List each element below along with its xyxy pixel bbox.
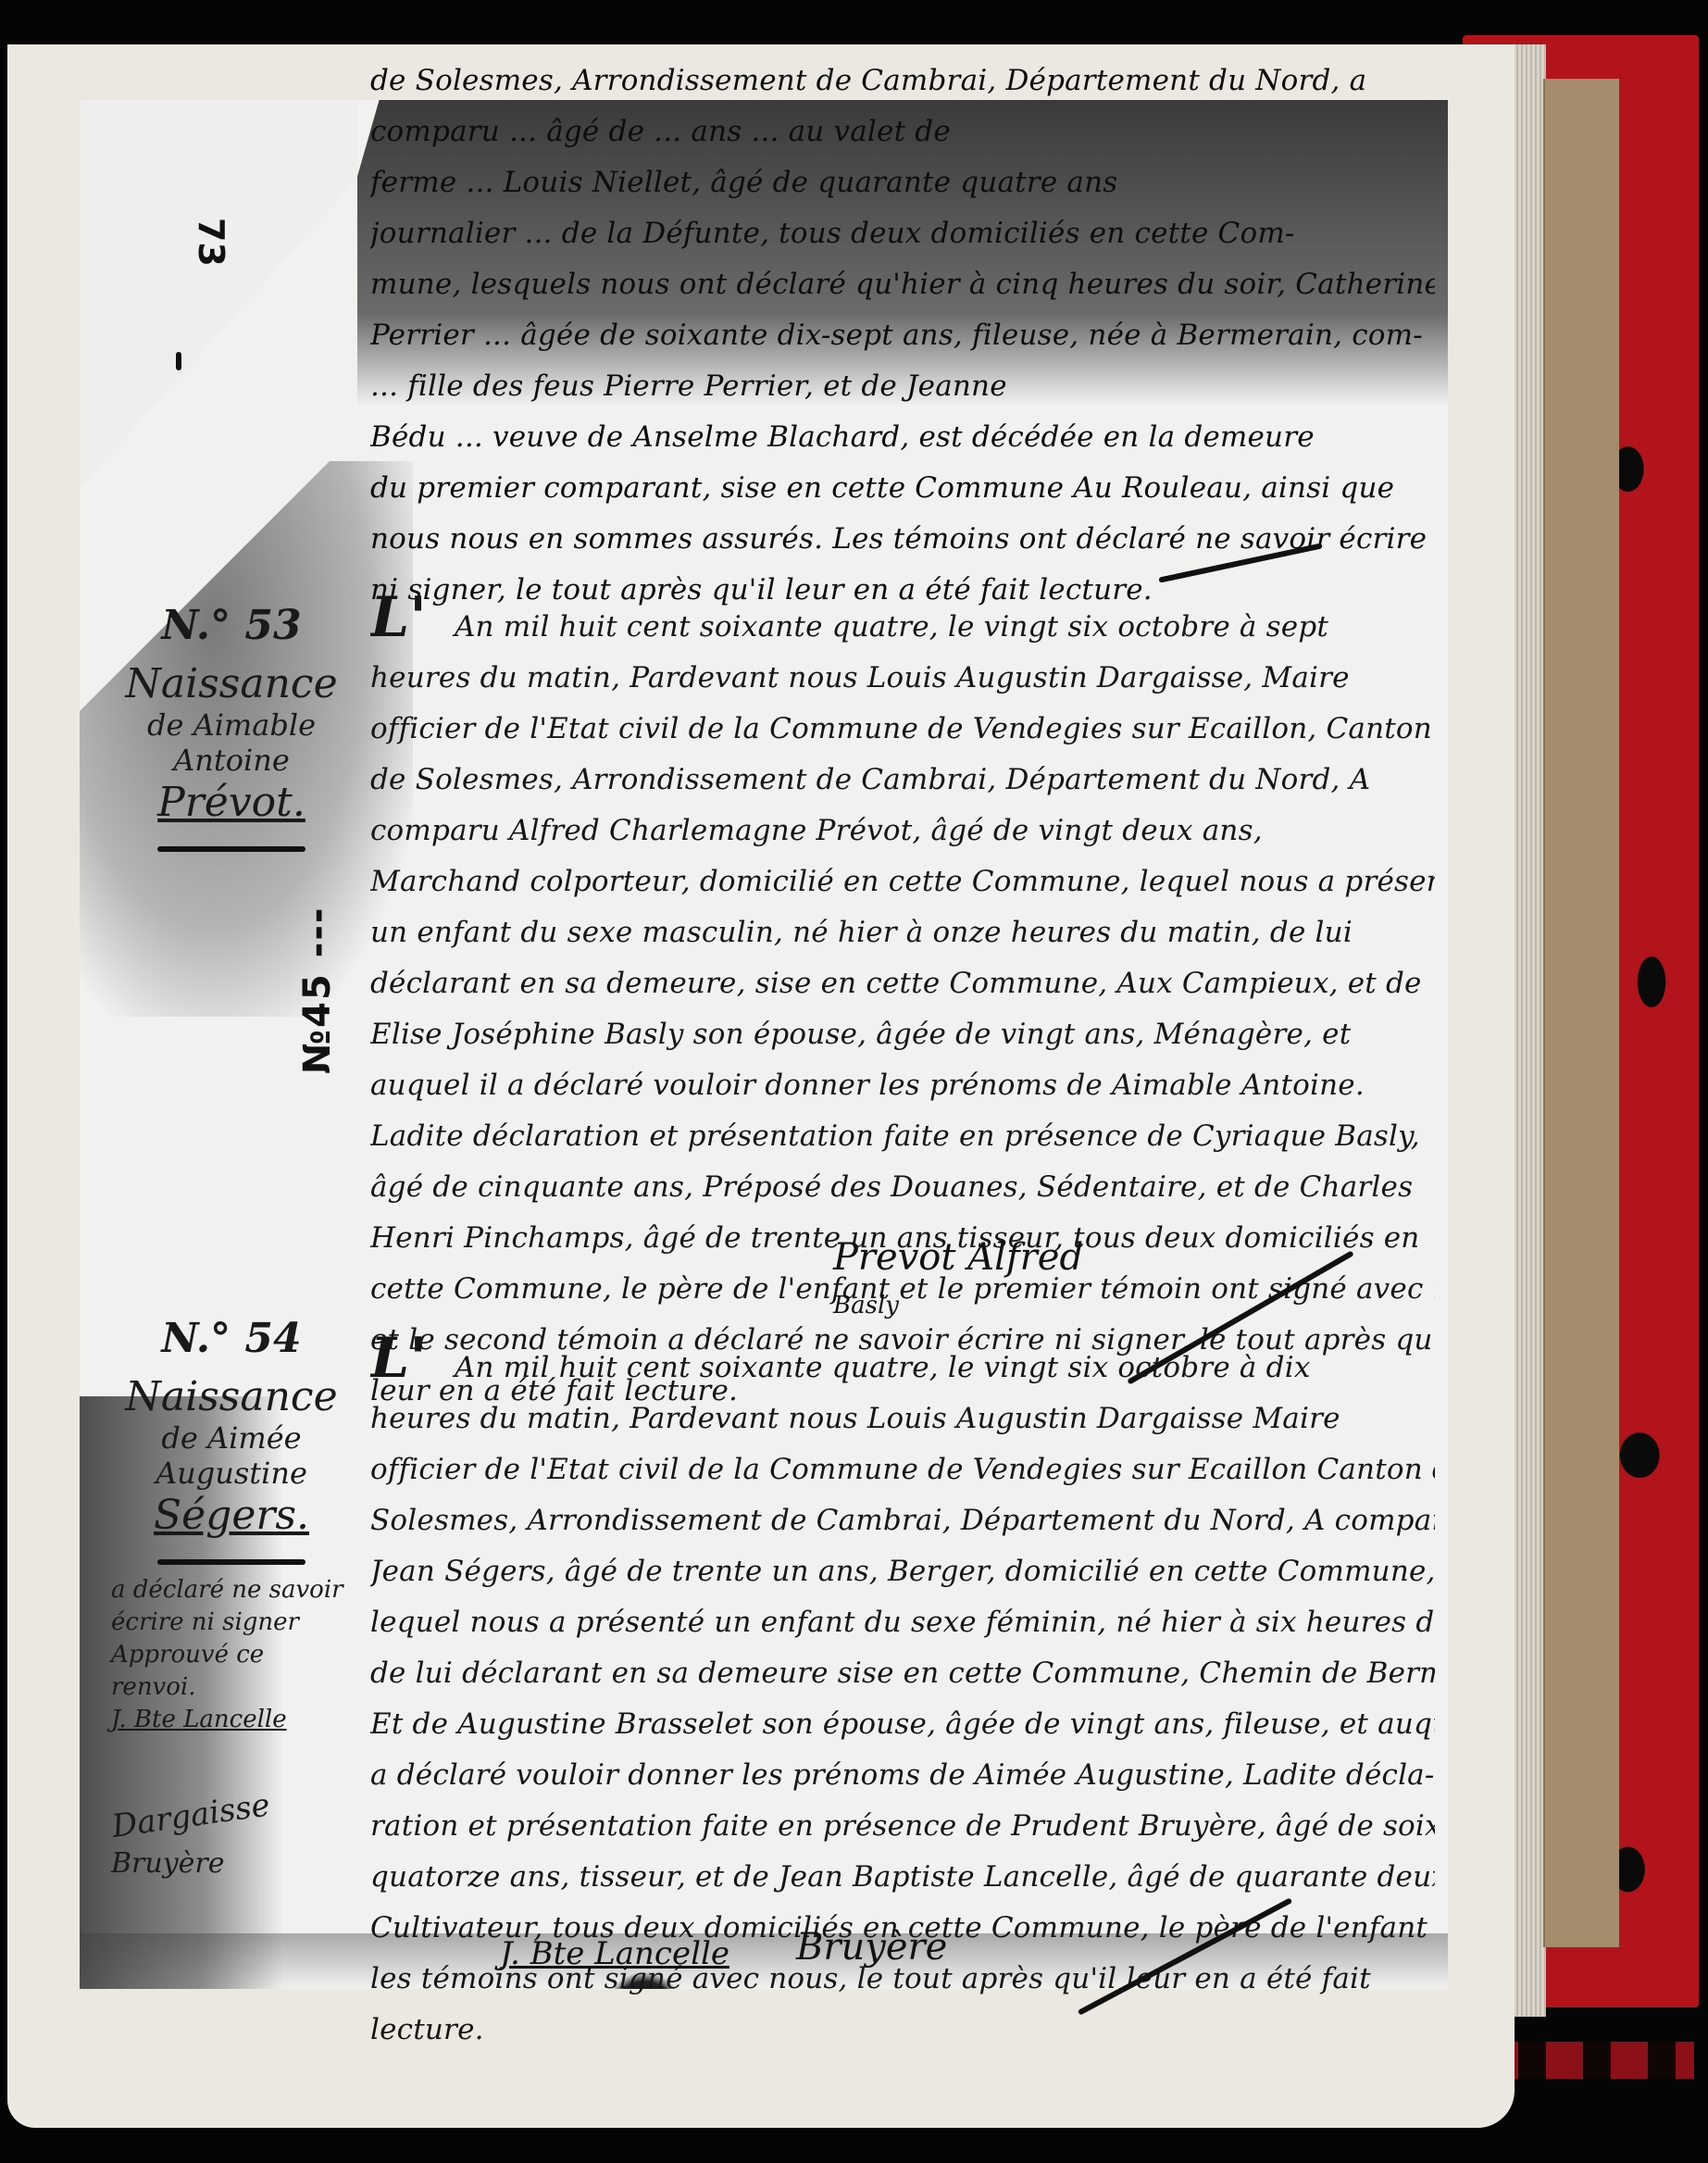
text-line: L'An mil huit cent soixante quatre, le v… — [370, 1333, 1435, 1394]
act-type: Naissance — [111, 1373, 352, 1420]
text-line: Ladite déclaration et présentation faite… — [370, 1111, 1435, 1162]
signature-lancelle: J. Bte Lancelle — [500, 1935, 729, 1972]
register-stamp: №45 --- — [296, 906, 339, 1074]
text-line: lecture. — [370, 2005, 1435, 2056]
text-line: de lui déclarant en sa demeure sise en c… — [370, 1648, 1435, 1699]
text-line: comparu ... âgé de ... ans ... au valet … — [370, 106, 1435, 157]
signature-prevot: Prevot Alfred — [833, 1236, 1083, 1279]
signature-basly: Basly — [833, 1292, 899, 1319]
folio-mark — [176, 352, 181, 370]
margin-rule — [157, 846, 305, 852]
text-line: mune, lesquels nous ont déclaré qu'hier … — [370, 259, 1435, 310]
text-line: auquel il a déclaré vouloir donner les p… — [370, 1060, 1435, 1111]
text-line: ... fille des feus Pierre Perrier, et de… — [370, 361, 1435, 412]
text-line: comparu Alfred Charlemagne Prévot, âgé d… — [370, 806, 1435, 856]
text-line: officier de l'Etat civil de la Commune d… — [370, 704, 1435, 755]
text-line: déclarant en sa demeure, sise en cette C… — [370, 958, 1435, 1009]
text-line: un enfant du sexe masculin, né hier à on… — [370, 907, 1435, 958]
kraft-board — [1543, 79, 1619, 1947]
text-line: heures du matin, Pardevant nous Louis Au… — [370, 1394, 1435, 1444]
text-line: L'An mil huit cent soixante quatre, le v… — [370, 593, 1435, 653]
text-line: Et de Augustine Brasselet son épouse, âg… — [370, 1699, 1435, 1750]
act-number: N.° 54 — [111, 1315, 352, 1362]
text-line: Marchand colporteur, domicilié en cette … — [370, 856, 1435, 907]
text-line: Jean Ségers, âgé de trente un ans, Berge… — [370, 1546, 1435, 1597]
margin-rule — [157, 1559, 305, 1565]
text-line: officier de l'Etat civil de la Commune d… — [370, 1444, 1435, 1495]
margin-act-53: N.° 53 Naissance de Aimable Antoine Prév… — [111, 602, 352, 852]
text-line: journalier ... de la Défunte, tous deux … — [370, 208, 1435, 259]
folio-number: 73 — [191, 218, 231, 267]
text-line: ration et présentation faite en présence… — [370, 1801, 1435, 1852]
margin-signature: Bruyère — [111, 1847, 352, 1880]
torn-corner — [80, 100, 357, 489]
margin-act-54: N.° 54 Naissance de Aimée Augustine Sége… — [111, 1315, 352, 1880]
margin-note-line: Approuvé ce renvoi. — [111, 1639, 352, 1704]
text-line: Solesmes, Arrondissement de Cambrai, Dép… — [370, 1495, 1435, 1546]
act-surname: Ségers. — [111, 1492, 352, 1539]
text-line: Elise Joséphine Basly son épouse, âgée d… — [370, 1009, 1435, 1060]
margin-note-line: a déclaré ne savoir — [111, 1574, 352, 1607]
act-type: Naissance — [111, 660, 352, 707]
text-line: âgé de cinquante ans, Préposé des Douane… — [370, 1162, 1435, 1213]
act-given-names: de Aimée Augustine — [111, 1420, 352, 1492]
margin-signature: Dargaisse — [109, 1775, 353, 1845]
text-line: quatorze ans, tisseur, et de Jean Baptis… — [370, 1852, 1435, 1903]
act-initial: L' — [370, 1333, 427, 1391]
text-line: Perrier ... âgée de soixante dix-sept an… — [370, 310, 1435, 361]
text-line: de Solesmes, Arrondissement de Cambrai, … — [370, 56, 1435, 106]
text-line: de Solesmes, Arrondissement de Cambrai, … — [370, 755, 1435, 806]
margin-note-line: J. Bte Lancelle — [111, 1704, 352, 1736]
act-initial: L' — [370, 593, 427, 650]
previous-act-fragment: de Solesmes, Arrondissement de Cambrai, … — [370, 56, 1435, 616]
text-line: heures du matin, Pardevant nous Louis Au… — [370, 653, 1435, 704]
text-line: a déclaré vouloir donner les prénoms de … — [370, 1750, 1435, 1801]
text-line: Bédu ... veuve de Anselme Blachard, est … — [370, 412, 1435, 463]
text-line: lequel nous a présenté un enfant du sexe… — [370, 1597, 1435, 1648]
margin-note-line: écrire ni signer — [111, 1607, 352, 1639]
signature-bruyere: Bruyère — [796, 1926, 947, 1969]
text-line: ferme ... Louis Niellet, âgé de quarante… — [370, 157, 1435, 208]
text-line: du premier comparant, sise en cette Comm… — [370, 463, 1435, 514]
page-stack-edge — [1509, 44, 1546, 2017]
act-number: N.° 53 — [111, 602, 352, 649]
act-surname: Prévot. — [111, 779, 352, 826]
act-given-names: de Aimable Antoine — [111, 707, 352, 779]
